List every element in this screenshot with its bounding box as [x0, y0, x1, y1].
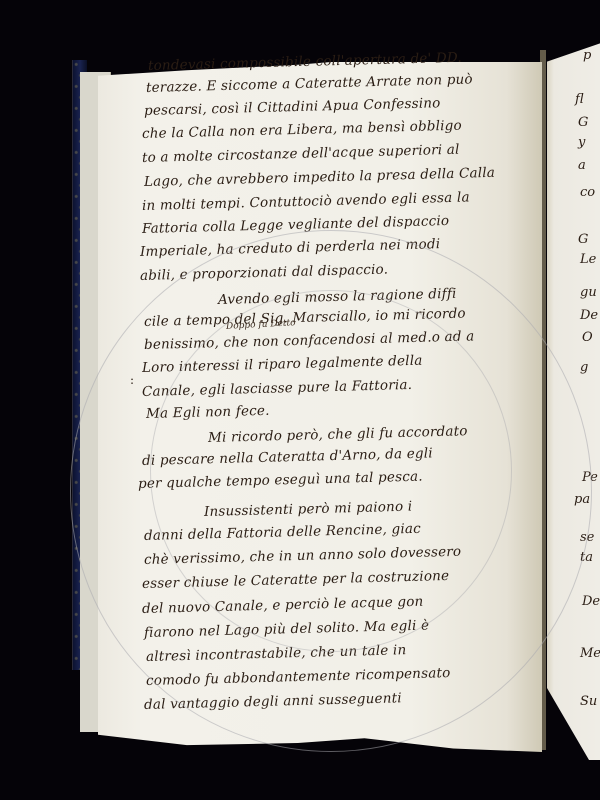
- facing-page-glyph: G: [578, 232, 588, 247]
- facing-page-glyph: g: [580, 360, 588, 375]
- facing-page-glyph: se: [580, 530, 594, 545]
- facing-page-glyph: ta: [580, 550, 593, 565]
- facing-page-glyph: fl: [575, 92, 584, 107]
- text-line: Ma Egli non fece.: [146, 403, 270, 422]
- facing-page-glyph: y: [578, 135, 585, 150]
- facing-page-glyph: a: [578, 158, 586, 173]
- facing-page-glyph: p: [583, 48, 591, 63]
- facing-page-glyph: De: [582, 594, 600, 609]
- facing-page-glyph: Pe: [582, 470, 598, 485]
- facing-page-glyph: De: [580, 308, 598, 323]
- facing-page-glyph: gu: [580, 285, 597, 300]
- facing-page-glyph: co: [580, 185, 595, 200]
- facing-page-glyph: Su: [580, 694, 597, 709]
- facing-page-glyph: Me: [580, 646, 600, 661]
- facing-page-glyph: Le: [580, 252, 596, 267]
- facing-page-glyph: pa: [574, 492, 590, 507]
- facing-page-glyph: O: [582, 330, 593, 345]
- facing-page-glyph: G: [578, 115, 588, 130]
- margin-mark: :: [130, 373, 134, 387]
